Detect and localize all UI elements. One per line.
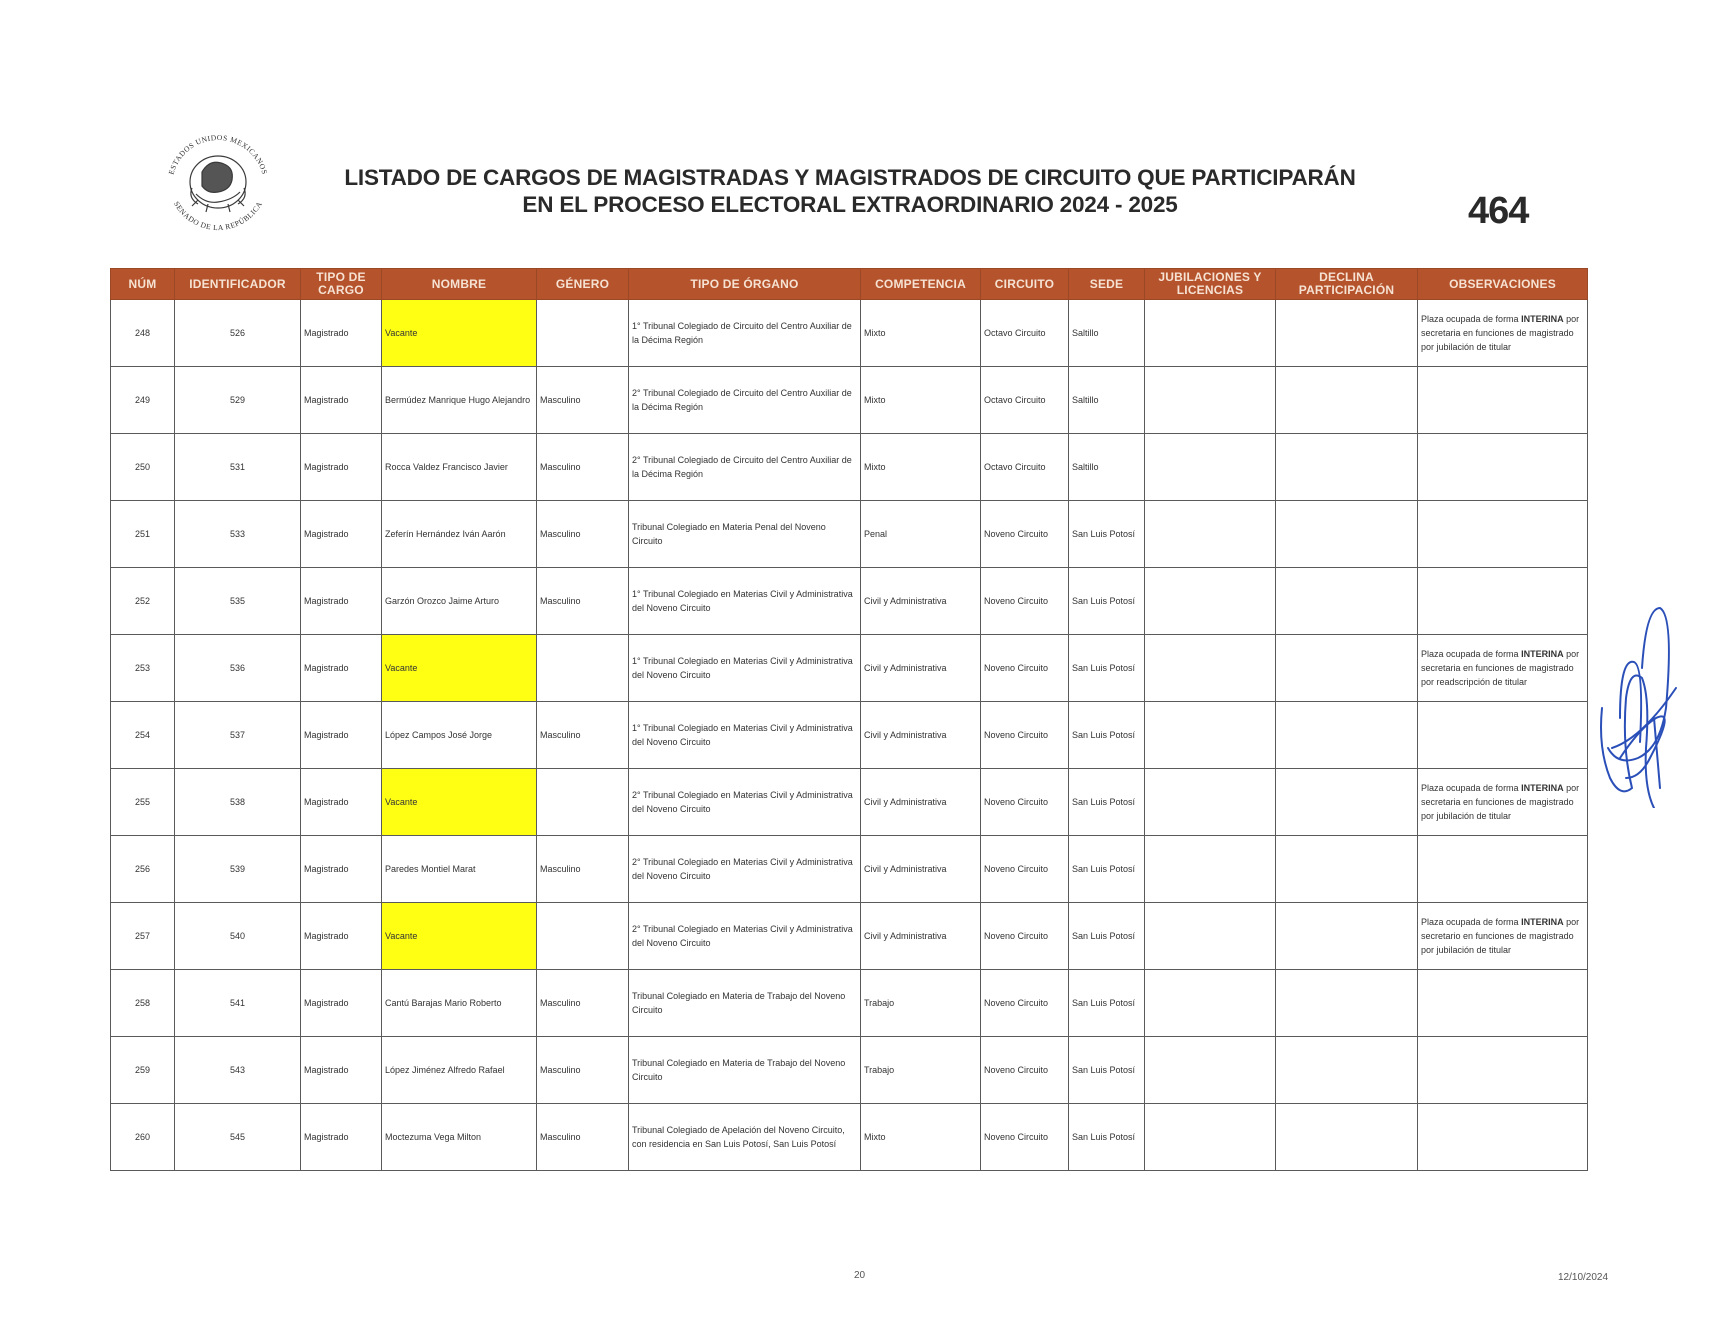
cell-nombre: Vacante — [382, 635, 537, 702]
cell-competencia: Civil y Administrativa — [861, 903, 981, 970]
cell-competencia: Civil y Administrativa — [861, 568, 981, 635]
cell-observaciones — [1418, 434, 1588, 501]
cell-identificador: 526 — [175, 300, 301, 367]
cell-jubilaciones — [1145, 367, 1276, 434]
cell-genero: Masculino — [537, 501, 629, 568]
cell-nombre: Cantú Barajas Mario Roberto — [382, 970, 537, 1037]
column-header-jubilaciones-licencias: JUBILACIONES Y LICENCIAS — [1145, 269, 1276, 300]
cell-competencia: Mixto — [861, 300, 981, 367]
cell-sede: San Luis Potosí — [1069, 1104, 1145, 1171]
cell-observaciones — [1418, 568, 1588, 635]
observaciones-text: Plaza ocupada de forma — [1421, 649, 1521, 659]
cell-tipo-cargo: Magistrado — [301, 903, 382, 970]
cell-identificador: 541 — [175, 970, 301, 1037]
cell-identificador: 538 — [175, 769, 301, 836]
cell-declina — [1276, 635, 1418, 702]
footer-date: 12/10/2024 — [1558, 1272, 1608, 1283]
cell-competencia: Civil y Administrativa — [861, 769, 981, 836]
column-header-genero: GÉNERO — [537, 269, 629, 300]
column-header-observaciones: OBSERVACIONES — [1418, 269, 1588, 300]
table-row: 257540MagistradoVacante2° Tribunal Coleg… — [111, 903, 1588, 970]
cell-num: 259 — [111, 1037, 175, 1104]
cell-jubilaciones — [1145, 702, 1276, 769]
cell-sede: San Luis Potosí — [1069, 1037, 1145, 1104]
cell-sede: San Luis Potosí — [1069, 903, 1145, 970]
cell-observaciones — [1418, 367, 1588, 434]
cell-jubilaciones — [1145, 1104, 1276, 1171]
cell-observaciones: Plaza ocupada de forma INTERINA por secr… — [1418, 300, 1588, 367]
cell-declina — [1276, 300, 1418, 367]
cell-jubilaciones — [1145, 836, 1276, 903]
cell-observaciones — [1418, 1037, 1588, 1104]
cell-genero: Masculino — [537, 568, 629, 635]
cell-num: 254 — [111, 702, 175, 769]
cell-genero: Masculino — [537, 836, 629, 903]
cell-tipo-cargo: Magistrado — [301, 568, 382, 635]
column-header-sede: SEDE — [1069, 269, 1145, 300]
cell-jubilaciones — [1145, 903, 1276, 970]
observaciones-emphasis: INTERINA — [1521, 917, 1564, 927]
table-row: 260545MagistradoMoctezuma Vega MiltonMas… — [111, 1104, 1588, 1171]
cell-circuito: Octavo Circuito — [981, 434, 1069, 501]
cell-observaciones: Plaza ocupada de forma INTERINA por secr… — [1418, 769, 1588, 836]
cell-declina — [1276, 434, 1418, 501]
cell-tipo-organo: Tribunal Colegiado de Apelación del Nove… — [629, 1104, 861, 1171]
cell-competencia: Penal — [861, 501, 981, 568]
cell-jubilaciones — [1145, 1037, 1276, 1104]
cell-tipo-organo: 1° Tribunal Colegiado en Materias Civil … — [629, 635, 861, 702]
signature-icon — [1590, 598, 1710, 808]
cell-genero: Masculino — [537, 970, 629, 1037]
cell-num: 255 — [111, 769, 175, 836]
cell-competencia: Civil y Administrativa — [861, 836, 981, 903]
cell-tipo-cargo: Magistrado — [301, 836, 382, 903]
cell-jubilaciones — [1145, 501, 1276, 568]
cell-nombre: Paredes Montiel Marat — [382, 836, 537, 903]
cell-tipo-organo: 1° Tribunal Colegiado en Materias Civil … — [629, 702, 861, 769]
cell-tipo-cargo: Magistrado — [301, 769, 382, 836]
table-row: 253536MagistradoVacante1° Tribunal Coleg… — [111, 635, 1588, 702]
table-header-row: NÚMIDENTIFICADORTIPO DE CARGONOMBREGÉNER… — [111, 269, 1588, 300]
cell-identificador: 535 — [175, 568, 301, 635]
cell-jubilaciones — [1145, 970, 1276, 1037]
cell-tipo-organo: Tribunal Colegiado en Materia Penal del … — [629, 501, 861, 568]
cell-observaciones: Plaza ocupada de forma INTERINA por secr… — [1418, 635, 1588, 702]
cell-tipo-cargo: Magistrado — [301, 635, 382, 702]
cell-genero: Masculino — [537, 1037, 629, 1104]
cell-tipo-cargo: Magistrado — [301, 1104, 382, 1171]
table-row: 258541MagistradoCantú Barajas Mario Robe… — [111, 970, 1588, 1037]
cell-identificador: 536 — [175, 635, 301, 702]
cell-num: 249 — [111, 367, 175, 434]
cell-num: 248 — [111, 300, 175, 367]
column-header-competencia: COMPETENCIA — [861, 269, 981, 300]
cell-declina — [1276, 568, 1418, 635]
cell-nombre: Vacante — [382, 903, 537, 970]
seal-text-bottom: SENADO DE LA REPÚBLICA — [172, 200, 264, 232]
cell-competencia: Mixto — [861, 367, 981, 434]
observaciones-text: Plaza ocupada de forma — [1421, 917, 1521, 927]
table-row: 256539MagistradoParedes Montiel MaratMas… — [111, 836, 1588, 903]
cell-nombre: López Jiménez Alfredo Rafael — [382, 1037, 537, 1104]
cell-competencia: Civil y Administrativa — [861, 635, 981, 702]
table-row: 250531MagistradoRocca Valdez Francisco J… — [111, 434, 1588, 501]
cell-tipo-organo: 1° Tribunal Colegiado de Circuito del Ce… — [629, 300, 861, 367]
cell-circuito: Noveno Circuito — [981, 769, 1069, 836]
table-body: 248526MagistradoVacante1° Tribunal Coleg… — [111, 300, 1588, 1171]
cell-declina — [1276, 836, 1418, 903]
cell-sede: San Luis Potosí — [1069, 769, 1145, 836]
cell-nombre: Rocca Valdez Francisco Javier — [382, 434, 537, 501]
cell-observaciones — [1418, 970, 1588, 1037]
observaciones-text: Plaza ocupada de forma — [1421, 314, 1521, 324]
cell-num: 256 — [111, 836, 175, 903]
cell-observaciones — [1418, 702, 1588, 769]
cell-identificador: 545 — [175, 1104, 301, 1171]
cell-genero — [537, 635, 629, 702]
cell-sede: San Luis Potosí — [1069, 702, 1145, 769]
cell-jubilaciones — [1145, 434, 1276, 501]
cell-identificador: 539 — [175, 836, 301, 903]
table-row: 251533MagistradoZeferín Hernández Iván A… — [111, 501, 1588, 568]
cell-num: 260 — [111, 1104, 175, 1171]
cell-nombre: López Campos José Jorge — [382, 702, 537, 769]
cell-nombre: Zeferín Hernández Iván Aarón — [382, 501, 537, 568]
cell-competencia: Trabajo — [861, 1037, 981, 1104]
cell-nombre: Vacante — [382, 769, 537, 836]
cell-tipo-organo: Tribunal Colegiado en Materia de Trabajo… — [629, 1037, 861, 1104]
cell-tipo-organo: 1° Tribunal Colegiado en Materias Civil … — [629, 568, 861, 635]
cell-competencia: Trabajo — [861, 970, 981, 1037]
cell-nombre: Moctezuma Vega Milton — [382, 1104, 537, 1171]
cell-genero — [537, 903, 629, 970]
column-header-nombre: NOMBRE — [382, 269, 537, 300]
cell-num: 250 — [111, 434, 175, 501]
cell-num: 253 — [111, 635, 175, 702]
cell-circuito: Octavo Circuito — [981, 300, 1069, 367]
cell-declina — [1276, 702, 1418, 769]
column-header-tipo-de-cargo: TIPO DE CARGO — [301, 269, 382, 300]
column-header-circuito: CIRCUITO — [981, 269, 1069, 300]
cell-circuito: Noveno Circuito — [981, 635, 1069, 702]
cell-circuito: Noveno Circuito — [981, 836, 1069, 903]
cell-nombre: Garzón Orozco Jaime Arturo — [382, 568, 537, 635]
cell-identificador: 529 — [175, 367, 301, 434]
cell-num: 257 — [111, 903, 175, 970]
cell-circuito: Octavo Circuito — [981, 367, 1069, 434]
cell-sede: San Luis Potosí — [1069, 970, 1145, 1037]
cell-circuito: Noveno Circuito — [981, 702, 1069, 769]
cell-identificador: 537 — [175, 702, 301, 769]
cell-tipo-cargo: Magistrado — [301, 702, 382, 769]
magistrates-table: NÚMIDENTIFICADORTIPO DE CARGONOMBREGÉNER… — [110, 268, 1588, 1171]
cell-circuito: Noveno Circuito — [981, 501, 1069, 568]
document-title: LISTADO DE CARGOS DE MAGISTRADAS Y MAGIS… — [290, 164, 1410, 218]
cell-tipo-cargo: Magistrado — [301, 434, 382, 501]
column-header-tipo-de-organo: TIPO DE ÓRGANO — [629, 269, 861, 300]
cell-tipo-organo: 2° Tribunal Colegiado de Circuito del Ce… — [629, 367, 861, 434]
cell-tipo-organo: 2° Tribunal Colegiado en Materias Civil … — [629, 769, 861, 836]
cell-sede: Saltillo — [1069, 434, 1145, 501]
cell-genero — [537, 300, 629, 367]
cell-tipo-cargo: Magistrado — [301, 367, 382, 434]
cell-circuito: Noveno Circuito — [981, 568, 1069, 635]
cell-circuito: Noveno Circuito — [981, 1037, 1069, 1104]
cell-num: 258 — [111, 970, 175, 1037]
cell-identificador: 533 — [175, 501, 301, 568]
table-row: 259543MagistradoLópez Jiménez Alfredo Ra… — [111, 1037, 1588, 1104]
cell-declina — [1276, 1037, 1418, 1104]
table-row: 254537MagistradoLópez Campos José JorgeM… — [111, 702, 1588, 769]
cell-jubilaciones — [1145, 635, 1276, 702]
title-line-2: EN EL PROCESO ELECTORAL EXTRAORDINARIO 2… — [290, 191, 1410, 218]
cell-declina — [1276, 1104, 1418, 1171]
cell-sede: San Luis Potosí — [1069, 836, 1145, 903]
cell-tipo-organo: Tribunal Colegiado en Materia de Trabajo… — [629, 970, 861, 1037]
cell-tipo-cargo: Magistrado — [301, 501, 382, 568]
cell-sede: San Luis Potosí — [1069, 501, 1145, 568]
cell-identificador: 543 — [175, 1037, 301, 1104]
cell-genero: Masculino — [537, 702, 629, 769]
table-row: 248526MagistradoVacante1° Tribunal Coleg… — [111, 300, 1588, 367]
cell-observaciones — [1418, 836, 1588, 903]
cell-sede: Saltillo — [1069, 367, 1145, 434]
table-row: 252535MagistradoGarzón Orozco Jaime Artu… — [111, 568, 1588, 635]
cell-tipo-organo: 2° Tribunal Colegiado en Materias Civil … — [629, 903, 861, 970]
svg-text:SENADO DE LA REPÚBLICA: SENADO DE LA REPÚBLICA — [172, 200, 264, 232]
cell-genero — [537, 769, 629, 836]
cell-circuito: Noveno Circuito — [981, 970, 1069, 1037]
cell-tipo-organo: 2° Tribunal Colegiado en Materias Civil … — [629, 836, 861, 903]
cell-tipo-cargo: Magistrado — [301, 300, 382, 367]
column-header-declina-participacion: DECLINA PARTICIPACIÓN — [1276, 269, 1418, 300]
cell-tipo-cargo: Magistrado — [301, 1037, 382, 1104]
table-row: 249529MagistradoBermúdez Manrique Hugo A… — [111, 367, 1588, 434]
cell-competencia: Mixto — [861, 434, 981, 501]
cell-tipo-cargo: Magistrado — [301, 970, 382, 1037]
observaciones-emphasis: INTERINA — [1521, 783, 1564, 793]
cell-genero: Masculino — [537, 434, 629, 501]
cell-tipo-organo: 2° Tribunal Colegiado de Circuito del Ce… — [629, 434, 861, 501]
cell-competencia: Mixto — [861, 1104, 981, 1171]
cell-circuito: Noveno Circuito — [981, 903, 1069, 970]
cell-identificador: 540 — [175, 903, 301, 970]
observaciones-emphasis: INTERINA — [1521, 314, 1564, 324]
cell-nombre: Vacante — [382, 300, 537, 367]
document-number: 464 — [1468, 190, 1528, 233]
cell-declina — [1276, 367, 1418, 434]
cell-jubilaciones — [1145, 300, 1276, 367]
cell-declina — [1276, 903, 1418, 970]
cell-declina — [1276, 970, 1418, 1037]
cell-nombre: Bermúdez Manrique Hugo Alejandro — [382, 367, 537, 434]
cell-observaciones: Plaza ocupada de forma INTERINA por secr… — [1418, 903, 1588, 970]
cell-num: 252 — [111, 568, 175, 635]
cell-sede: San Luis Potosí — [1069, 568, 1145, 635]
cell-genero: Masculino — [537, 367, 629, 434]
cell-genero: Masculino — [537, 1104, 629, 1171]
cell-sede: Saltillo — [1069, 300, 1145, 367]
cell-jubilaciones — [1145, 769, 1276, 836]
column-header-num: NÚM — [111, 269, 175, 300]
cell-declina — [1276, 501, 1418, 568]
cell-identificador: 531 — [175, 434, 301, 501]
cell-jubilaciones — [1145, 568, 1276, 635]
cell-competencia: Civil y Administrativa — [861, 702, 981, 769]
cell-sede: San Luis Potosí — [1069, 635, 1145, 702]
cell-declina — [1276, 769, 1418, 836]
observaciones-emphasis: INTERINA — [1521, 649, 1564, 659]
column-header-identificador: IDENTIFICADOR — [175, 269, 301, 300]
cell-observaciones — [1418, 501, 1588, 568]
cell-circuito: Noveno Circuito — [981, 1104, 1069, 1171]
cell-observaciones — [1418, 1104, 1588, 1171]
senate-seal-icon: ESTADOS UNIDOS MEXICANOS SENADO DE LA RE… — [158, 128, 278, 234]
table-row: 255538MagistradoVacante2° Tribunal Coleg… — [111, 769, 1588, 836]
cell-num: 251 — [111, 501, 175, 568]
page-number: 20 — [854, 1270, 865, 1281]
title-line-1: LISTADO DE CARGOS DE MAGISTRADAS Y MAGIS… — [290, 164, 1410, 191]
observaciones-text: Plaza ocupada de forma — [1421, 783, 1521, 793]
